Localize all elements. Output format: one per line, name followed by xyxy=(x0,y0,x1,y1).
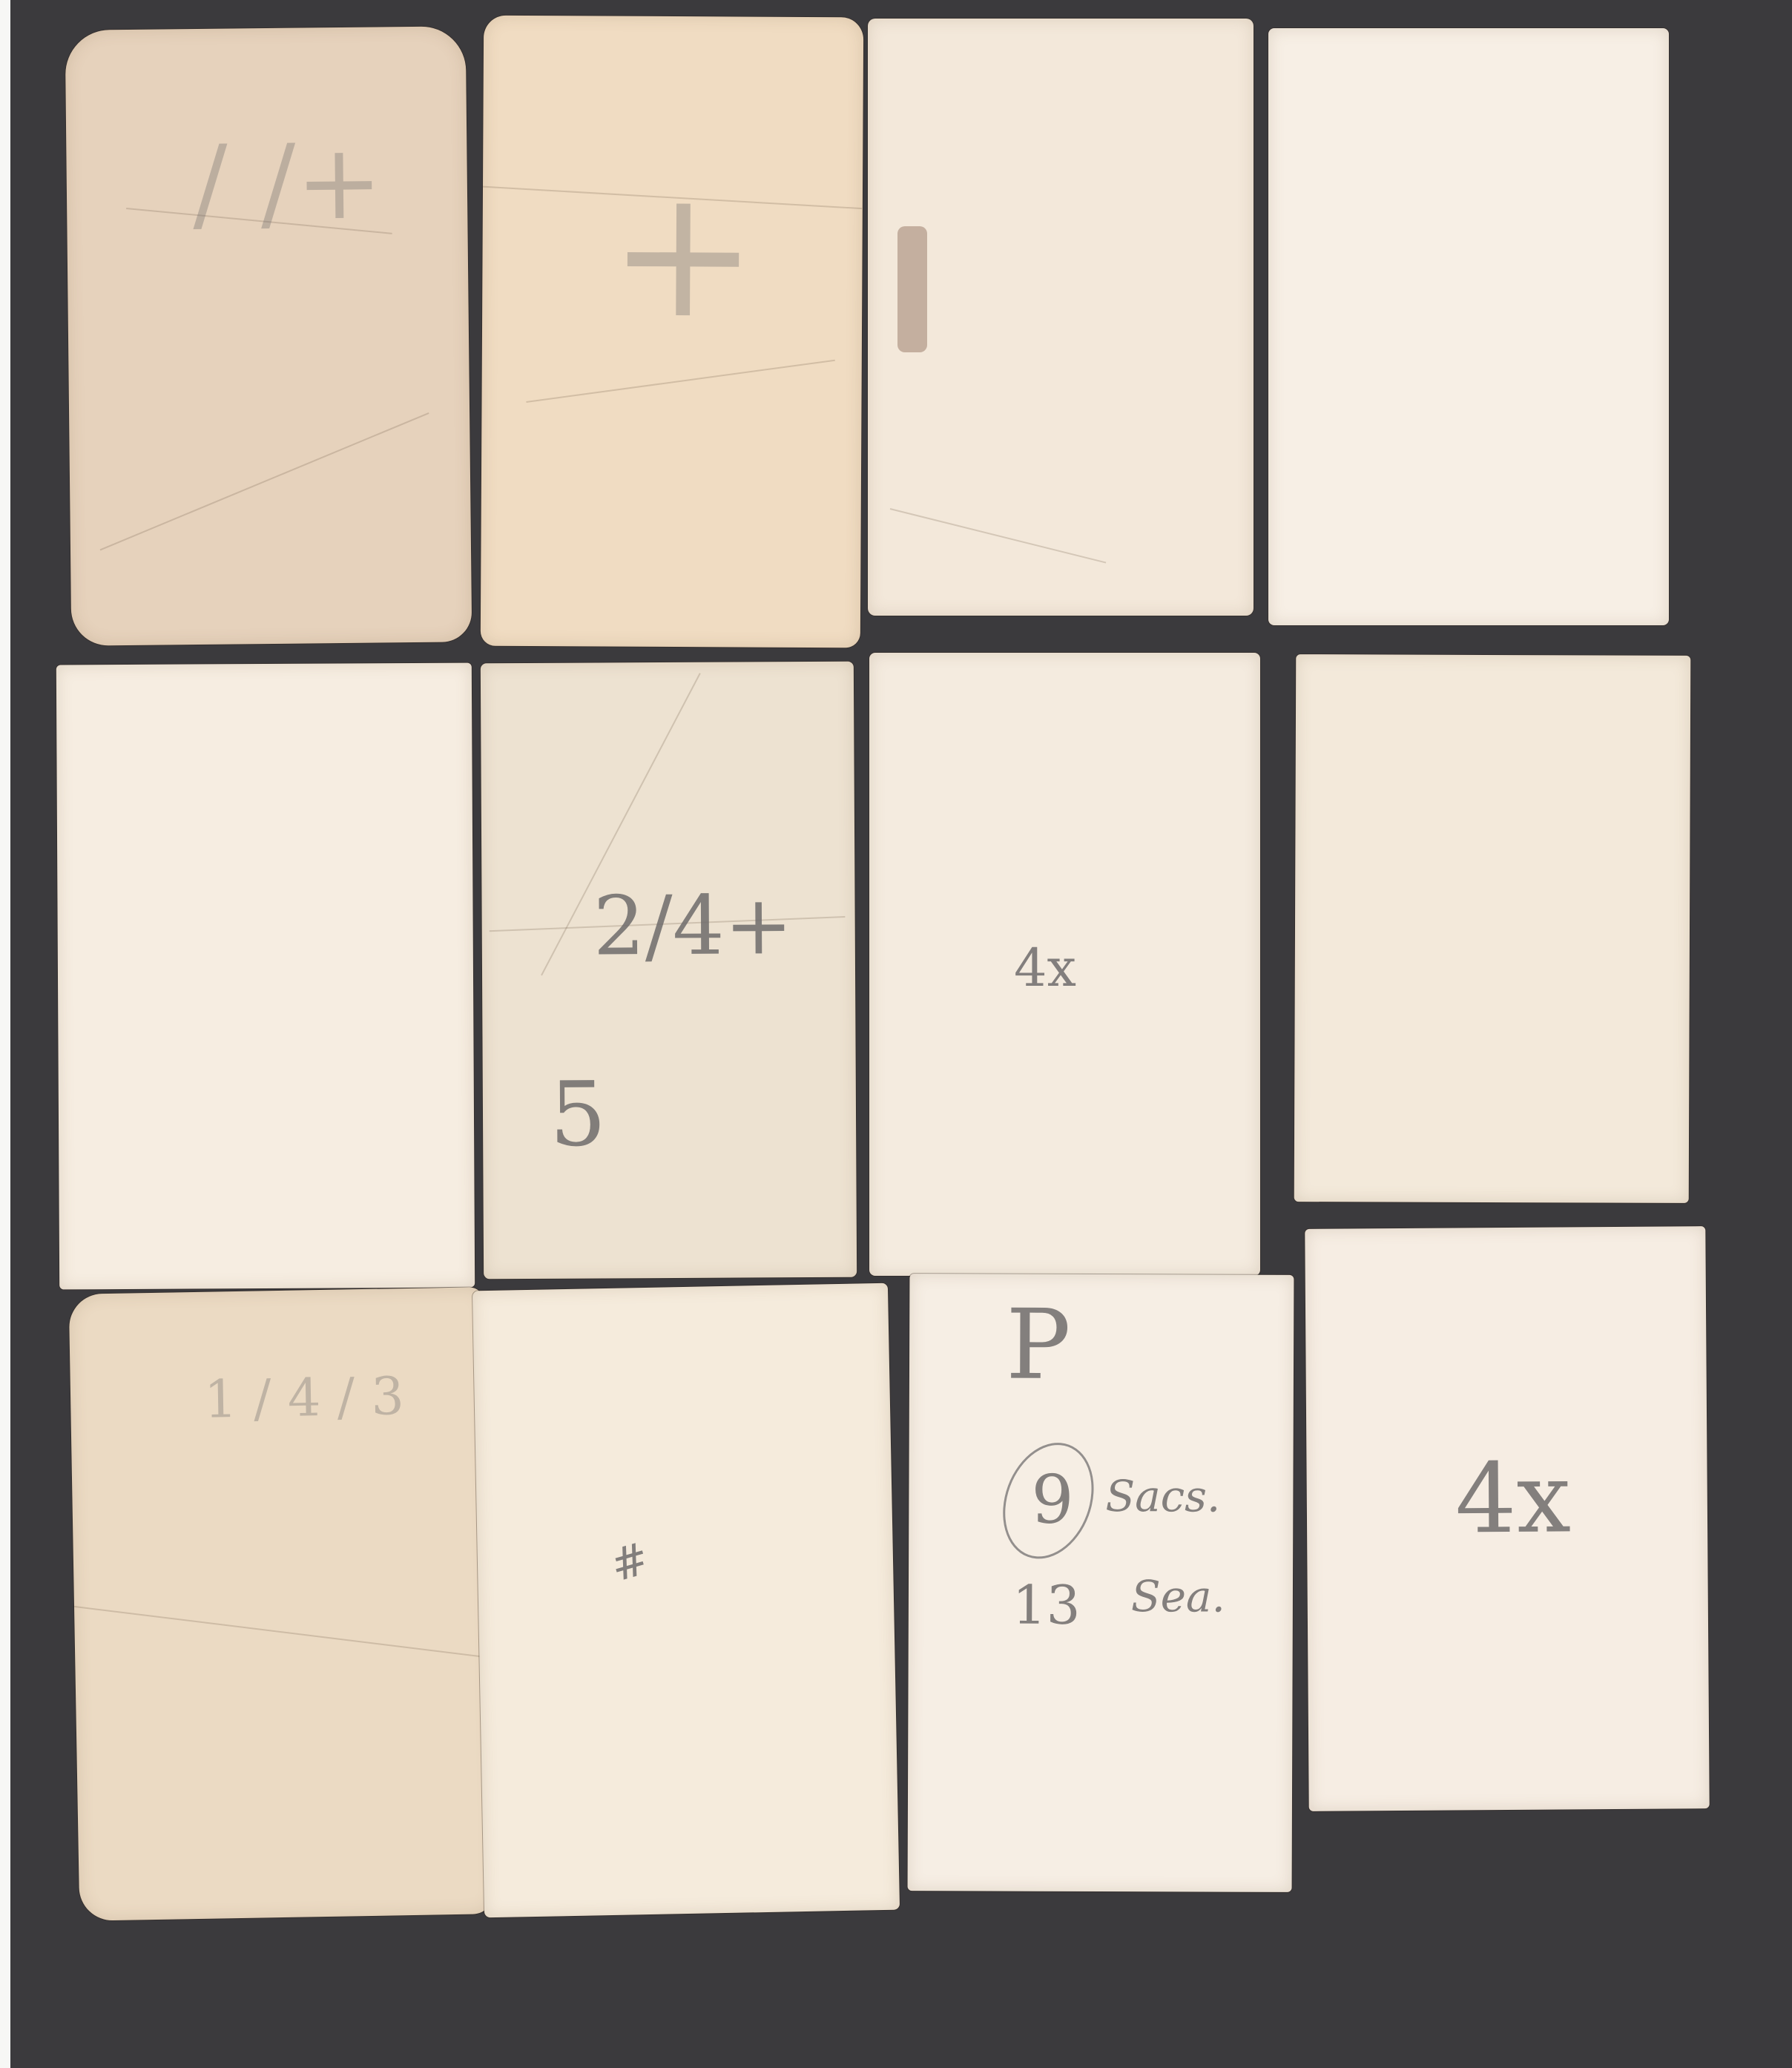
pencil-marking: 4x xyxy=(1014,942,1076,994)
card-back-1: / /+ xyxy=(65,26,472,646)
pencil-marking-line-1: Sacs. xyxy=(1105,1475,1220,1518)
stain xyxy=(897,226,927,352)
pencil-marking-circled-number: 9 xyxy=(1031,1467,1074,1534)
pencil-marking-line-2: Sea. xyxy=(1131,1575,1225,1618)
crease xyxy=(74,1606,487,1658)
card-back-7: 4x xyxy=(869,653,1260,1276)
card-back-3 xyxy=(868,19,1254,616)
pencil-marking: 1 / 4 / 3 xyxy=(204,1370,405,1426)
card-back-4 xyxy=(1268,28,1669,625)
pencil-marking-bottom: 5 xyxy=(550,1070,607,1159)
card-back-5 xyxy=(56,663,475,1290)
pencil-marking: / /+ xyxy=(192,131,383,237)
crease xyxy=(890,508,1107,564)
card-back-2: + xyxy=(481,16,863,648)
pencil-marking-number-2: 13 xyxy=(1012,1578,1081,1632)
card-back-9: 1 / 4 / 3 xyxy=(69,1287,495,1921)
card-back-12: 4x xyxy=(1305,1226,1709,1811)
pencil-marking: 4x xyxy=(1455,1449,1571,1547)
pencil-marking-top: 2/4+ xyxy=(593,884,793,967)
crease xyxy=(100,412,429,550)
pencil-marking: + xyxy=(608,165,758,343)
pencil-marking: # xyxy=(606,1536,654,1590)
card-back-6: 2/4+ 5 xyxy=(481,662,857,1280)
scanner-edge-strip xyxy=(0,0,10,2068)
card-back-10: # xyxy=(472,1283,900,1918)
pencil-marking-p: P xyxy=(1006,1297,1071,1393)
card-back-8 xyxy=(1294,654,1691,1203)
crease xyxy=(526,360,834,403)
card-back-11: P 9 Sacs. 13 Sea. xyxy=(908,1274,1294,1892)
